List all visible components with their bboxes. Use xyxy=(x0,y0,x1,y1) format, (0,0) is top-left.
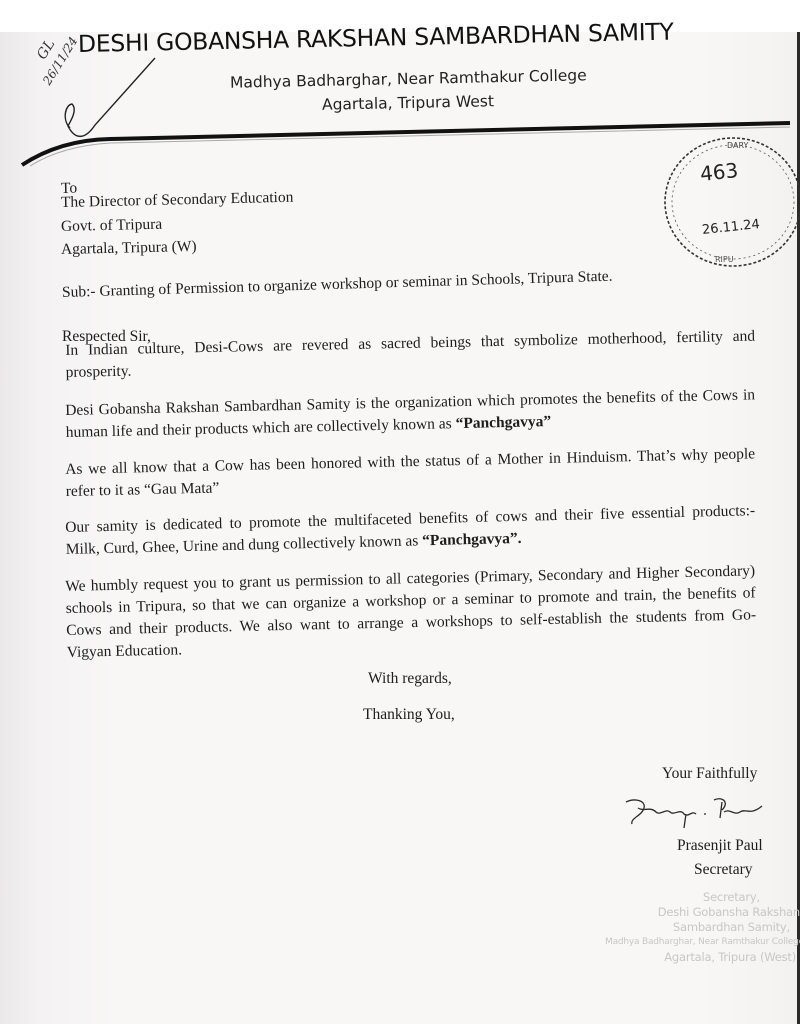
closing-faithfully: Your Faithfully xyxy=(662,766,757,782)
stamp-receipt-number: 463 xyxy=(699,158,739,186)
seal-line: Secretary, xyxy=(605,890,760,905)
signer-name: Prasenjit Paul xyxy=(677,838,763,854)
closing-regards: With regards, xyxy=(368,671,452,687)
faded-organization-seal: Secretary, Deshi Gobansha Rakshan Sambar… xyxy=(605,890,800,965)
receipt-stamp-icon: DARY RIPU xyxy=(655,132,800,272)
signature-icon xyxy=(622,796,772,836)
signer-title: Secretary xyxy=(694,862,753,878)
seal-line: Sambardhan Samity, xyxy=(605,920,790,935)
seal-line: Agartala, Tripura (West) xyxy=(605,950,796,965)
svg-text:RIPU: RIPU xyxy=(715,255,734,264)
svg-text:DARY: DARY xyxy=(727,141,749,150)
recipient-dept: Govt. of Tripura xyxy=(61,217,163,235)
seal-line: Madhya Badharghar, Near Ramthakur Colleg… xyxy=(605,935,800,950)
letterhead-address-line2: Agartala, Tripura West xyxy=(322,92,494,114)
paragraph-5: We humbly request you to grant us permis… xyxy=(65,560,757,664)
closing-thanks: Thanking You, xyxy=(363,707,455,723)
panchgavya-term: “Panchgavya” xyxy=(455,413,551,432)
panchgavya-term: “Panchgavya”. xyxy=(422,530,522,549)
seal-line: Deshi Gobansha Rakshan xyxy=(605,905,800,920)
recipient-location: Agartala, Tripura (W) xyxy=(61,239,197,258)
